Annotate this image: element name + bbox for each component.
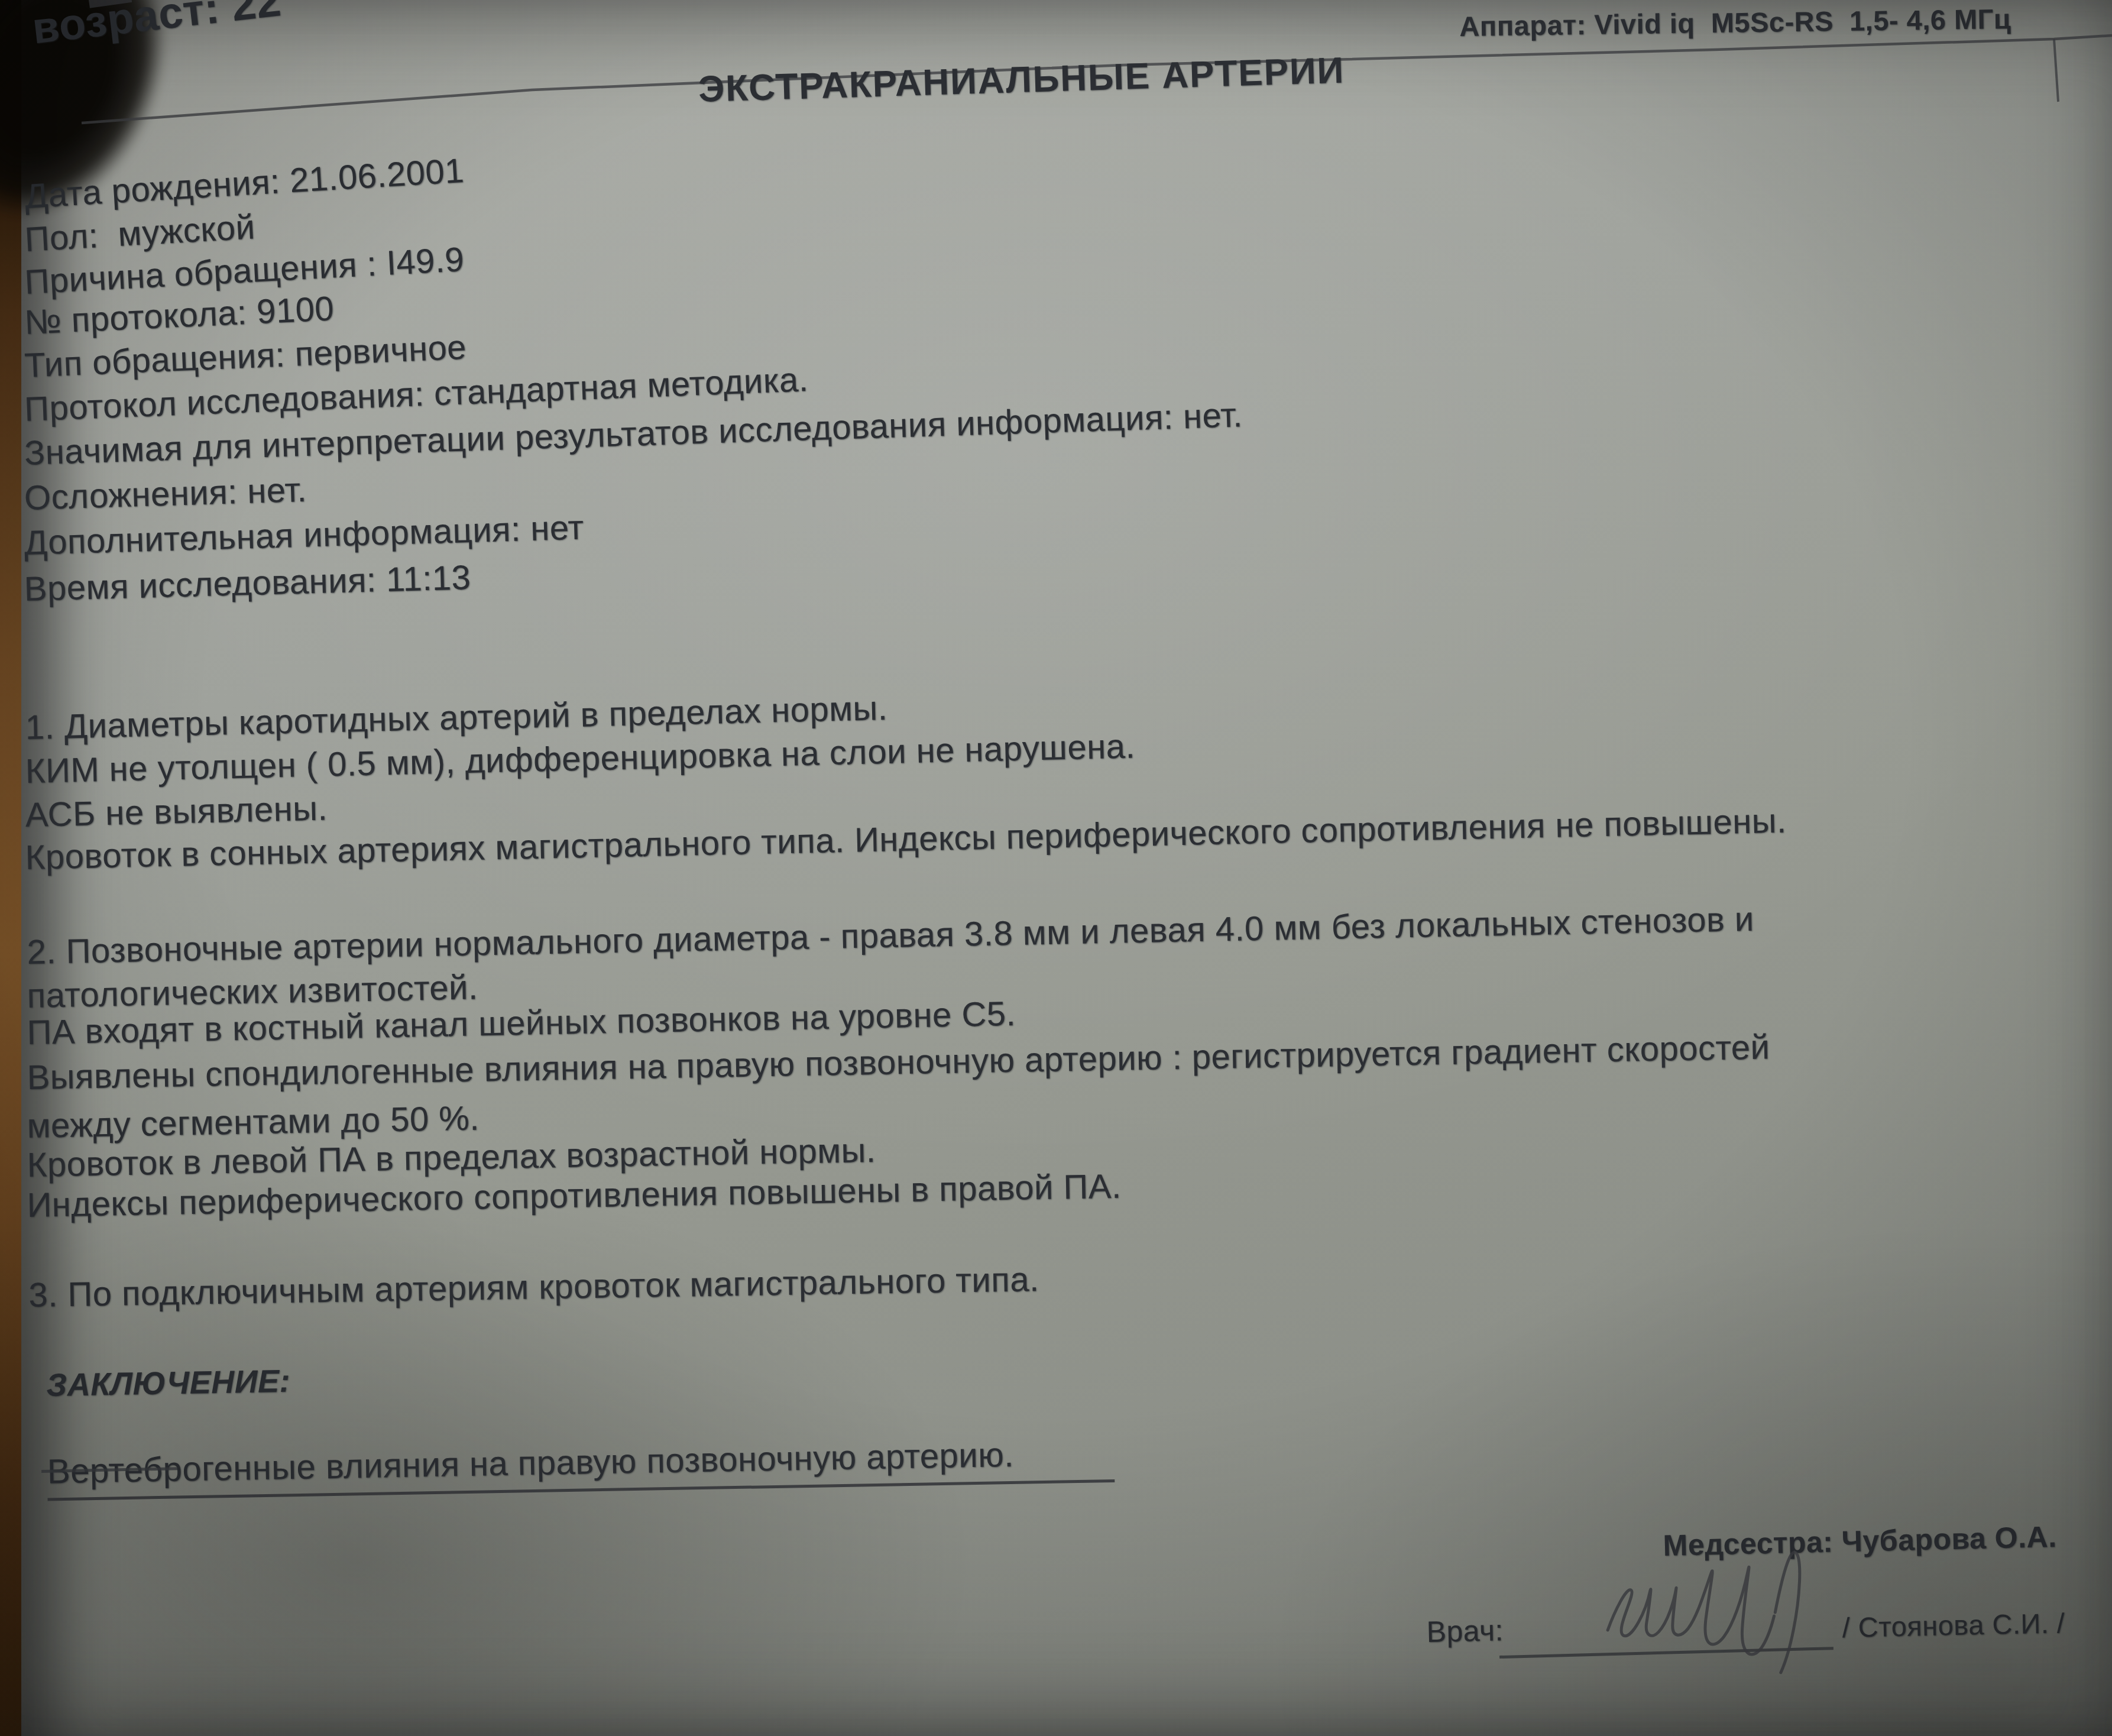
photo-of-medical-report: { "colors": { "paper_light": "#a9aca6", … xyxy=(0,0,2112,1736)
conclusion-title: ЗАКЛЮЧЕНИЕ: xyxy=(46,1363,291,1404)
info-line-complications: Осложнения: нет. xyxy=(24,471,307,519)
doctor-name: / Стоянова С.И. / xyxy=(1842,1607,2065,1644)
signature-scribble xyxy=(1594,1533,1853,1684)
finding-line: АСБ не выявлены. xyxy=(25,789,328,835)
doctor-label: Врач: xyxy=(1426,1614,1504,1649)
